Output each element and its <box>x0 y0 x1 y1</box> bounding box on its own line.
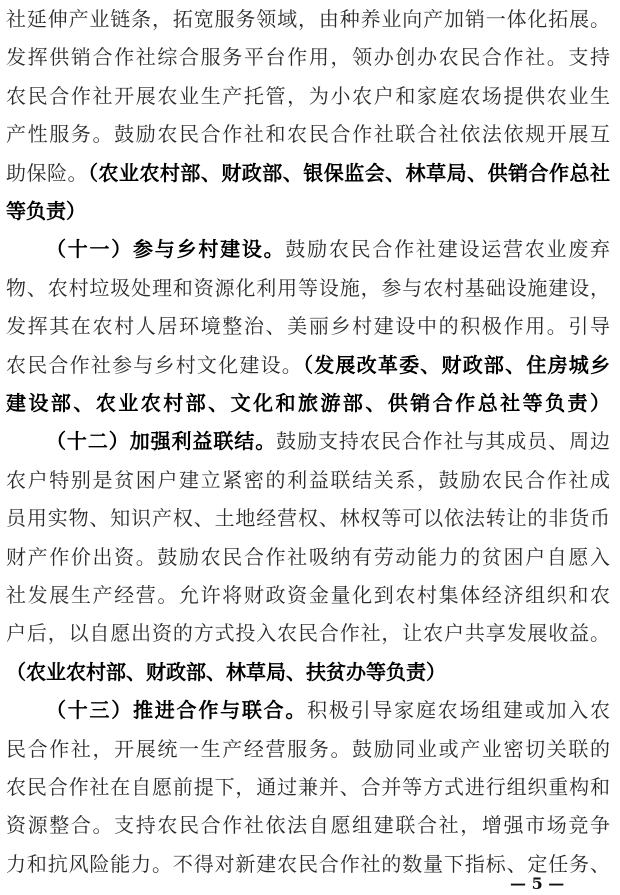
bold-text: （十二）加强利益联结。 <box>46 429 276 453</box>
text-line: 农民合作社在自愿前提下，通过兼并、合并等方式进行组织重构和 <box>6 772 610 802</box>
body-text: 助保险。 <box>6 161 88 185</box>
bold-text: 建设部、农业农村部、文化和旅游部、供销合作总社等负责） <box>6 391 610 415</box>
body-text: 农民合作社开展农业生产托管，为小农户和家庭农场提供农业生 <box>6 84 610 108</box>
text-line: 发挥供销合作社综合服务平台作用，领办创办农民合作社。支持 <box>6 42 610 72</box>
body-text: 资源整合。支持农民合作社依法自愿组建联合社，增强市场竞争 <box>6 813 610 837</box>
body-text: 发挥供销合作社综合服务平台作用，领办创办农民合作社。支持 <box>6 45 610 69</box>
body-text: 力和抗风险能力。不得对新建农民合作社的数量下指标、定任务、 <box>6 852 610 876</box>
text-line: 助保险。（农业农村部、财政部、银保监会、林草局、供销合作总社 <box>6 158 610 188</box>
body-text: 鼓励农民合作社建设运营农业废弃 <box>285 237 610 261</box>
bold-text: （十三）推进合作与联合。 <box>46 698 307 722</box>
body-text: 社发展生产经营。允许将财政资金量化到农村集体经济组织和农 <box>6 583 610 607</box>
bold-text: 等负责） <box>6 199 86 223</box>
text-line: 建设部、农业农村部、文化和旅游部、供销合作总社等负责） <box>6 388 610 418</box>
text-line: 员用实物、知识产权、土地经营权、林权等可以依法转让的非货币 <box>6 503 610 533</box>
text-line: 产性服务。鼓励农民合作社和农民合作社联合社依法依规开展互 <box>6 119 610 149</box>
body-text: 物、农村垃圾处理和资源化利用等设施，参与农村基础设施建设， <box>6 276 610 300</box>
text-line: 社延伸产业链条，拓宽服务领域，由种养业向产加销一体化拓展。 <box>6 4 610 34</box>
text-line: 民合作社，开展统一生产经营服务。鼓励同业或产业密切关联的 <box>6 734 610 764</box>
text-line: 社发展生产经营。允许将财政资金量化到农村集体经济组织和农 <box>6 580 610 610</box>
paragraph-heading-line: （十二）加强利益联结。鼓励支持农民合作社与其成员、周边 <box>46 426 610 456</box>
text-line: 等负责） <box>6 196 610 226</box>
body-text: 产性服务。鼓励农民合作社和农民合作社联合社依法依规开展互 <box>6 122 610 146</box>
text-line: （农业农村部、财政部、林草局、扶贫办等负责） <box>6 657 610 687</box>
bold-text: （农业农村部、财政部、银保监会、林草局、供销合作总社 <box>88 161 610 185</box>
body-text: 员用实物、知识产权、土地经营权、林权等可以依法转让的非货币 <box>6 506 610 530</box>
text-line: 物、农村垃圾处理和资源化利用等设施，参与农村基础设施建设， <box>6 273 610 303</box>
body-text: 户后，以自愿出资的方式投入农民合作社，让农户共享发展收益。 <box>6 621 610 645</box>
text-line: 农户特别是贫困户建立紧密的利益联结关系，鼓励农民合作社成 <box>6 465 610 495</box>
body-text: 农民合作社在自愿前提下，通过兼并、合并等方式进行组织重构和 <box>6 775 610 799</box>
bold-text: （发展改革委、财政部、住房城乡 <box>303 353 610 377</box>
text-line: 农民合作社开展农业生产托管，为小农户和家庭农场提供农业生 <box>6 81 610 111</box>
bold-text: （十一）参与乡村建设。 <box>46 237 285 261</box>
body-text: 发挥其在农村人居环境整治、美丽乡村建设中的积极作用。引导 <box>6 314 610 338</box>
body-text: 社延伸产业链条，拓宽服务领域，由种养业向产加销一体化拓展。 <box>6 7 610 31</box>
text-line: 资源整合。支持农民合作社依法自愿组建联合社，增强市场竞争 <box>6 810 610 840</box>
body-text: 农户特别是贫困户建立紧密的利益联结关系，鼓励农民合作社成 <box>6 468 610 492</box>
body-text: 农民合作社参与乡村文化建设。 <box>6 353 303 377</box>
text-line: 户后，以自愿出资的方式投入农民合作社，让农户共享发展收益。 <box>6 618 610 648</box>
text-line: 发挥其在农村人居环境整治、美丽乡村建设中的积极作用。引导 <box>6 311 610 341</box>
body-text: 积极引导家庭农场组建或加入农 <box>307 698 610 722</box>
text-line: 财产作价出资。鼓励农民合作社吸纳有劳动能力的贫困户自愿入 <box>6 542 610 572</box>
paragraph-heading-line: （十一）参与乡村建设。鼓励农民合作社建设运营农业废弃 <box>46 234 610 264</box>
bold-text: （农业农村部、财政部、林草局、扶贫办等负责） <box>6 660 446 684</box>
body-text: 民合作社，开展统一生产经营服务。鼓励同业或产业密切关联的 <box>6 737 610 761</box>
paragraph-heading-line: （十三）推进合作与联合。积极引导家庭农场组建或加入农 <box>46 695 610 725</box>
body-text: 财产作价出资。鼓励农民合作社吸纳有劳动能力的贫困户自愿入 <box>6 545 610 569</box>
page-number: — 5 — <box>510 874 564 894</box>
document-page: 社延伸产业链条，拓宽服务领域，由种养业向产加销一体化拓展。发挥供销合作社综合服务… <box>0 0 620 895</box>
text-line: 农民合作社参与乡村文化建设。（发展改革委、财政部、住房城乡 <box>6 350 610 380</box>
body-text: 鼓励支持农民合作社与其成员、周边 <box>276 429 610 453</box>
